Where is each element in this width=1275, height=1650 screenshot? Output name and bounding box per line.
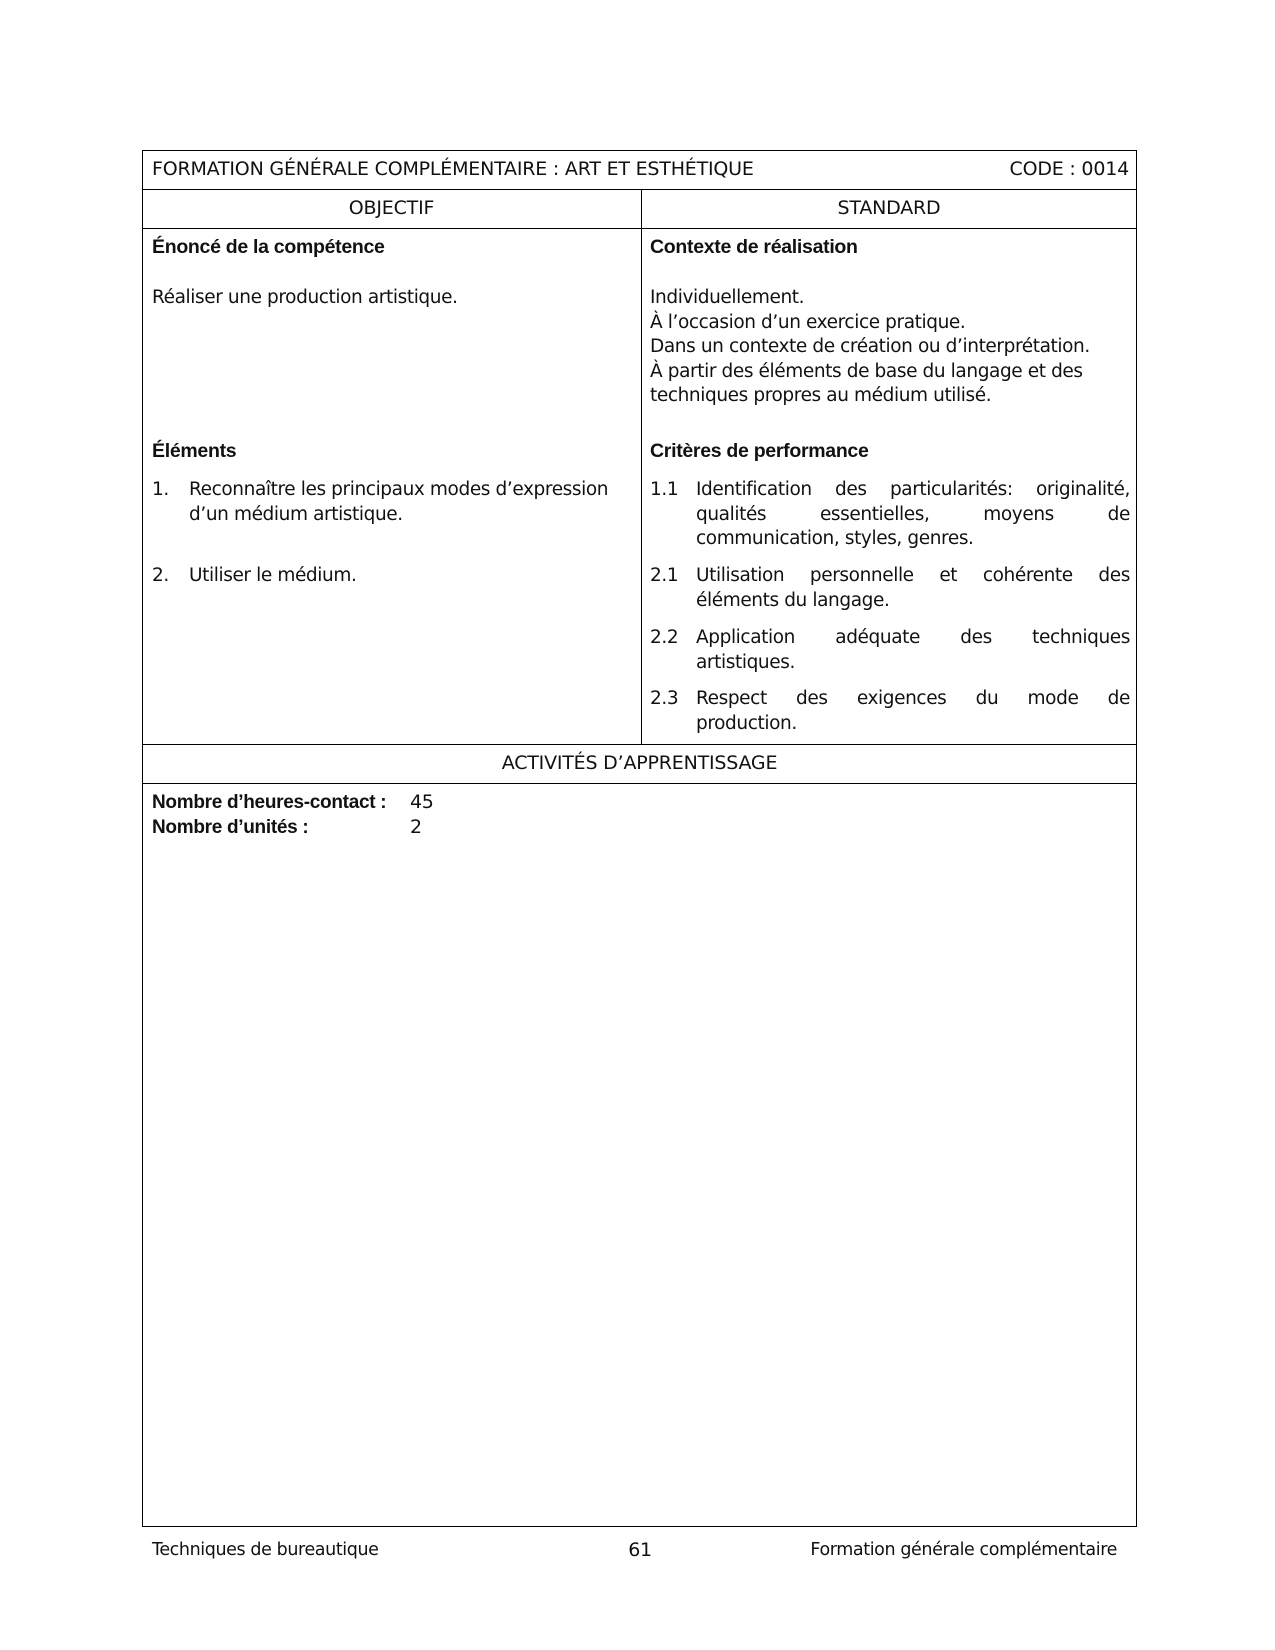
unites-value: 2: [410, 815, 422, 840]
critere-line: qualités essentielles, moyens de: [696, 503, 1130, 528]
rule-under-columns: [143, 228, 1136, 229]
rule-above-activities: [143, 744, 1136, 745]
footer-left: Techniques de bureautique: [152, 1538, 379, 1562]
column-header-objectif: OBJECTIF: [142, 196, 641, 221]
critere-item-2-2: 2.2 Application adéquate des techniques …: [650, 626, 1130, 676]
critere-item-2-1: 2.1 Utilisation personnelle et cohérente…: [650, 564, 1130, 614]
rule-under-activities: [143, 783, 1136, 784]
enonce-text: Réaliser une production artistique.: [152, 286, 458, 311]
critere-line: Identification des particularités: origi…: [696, 478, 1130, 503]
critere-line: production.: [696, 712, 1130, 737]
contexte-line: Individuellement.: [650, 286, 1090, 311]
elements-heading: Éléments: [152, 439, 236, 464]
critere-line: Respect des exigences du mode de: [696, 687, 1130, 712]
column-divider: [641, 189, 642, 744]
form-title: FORMATION GÉNÉRALE COMPLÉMENTAIRE : ART …: [152, 157, 754, 182]
critere-number: 2.1: [650, 564, 678, 589]
critere-number: 2.2: [650, 626, 678, 651]
contexte-heading: Contexte de réalisation: [650, 235, 858, 260]
element-item-2: 2. Utiliser le médium.: [152, 564, 636, 590]
page-number: 61: [610, 1538, 670, 1562]
element-item-1: 1. Reconnaître les principaux modes d’ex…: [152, 478, 636, 528]
code-label: CODE : 0014: [1010, 157, 1130, 182]
critere-line: éléments du langage.: [696, 589, 1130, 614]
criteres-heading: Critères de performance: [650, 439, 869, 464]
element-line: Reconnaître les principaux modes d’expre…: [189, 478, 636, 503]
activites-heading: ACTIVITÉS D’APPRENTISSAGE: [142, 751, 1137, 776]
contexte-line: À partir des éléments de base du langage…: [650, 360, 1090, 385]
contexte-list: Individuellement. À l’occasion d’un exer…: [650, 286, 1090, 409]
element-number: 1.: [152, 478, 169, 503]
heures-contact-label: Nombre d’heures-contact :: [152, 792, 386, 813]
critere-item-2-3: 2.3 Respect des exigences du mode de pro…: [650, 687, 1130, 737]
rule-under-title: [143, 189, 1136, 190]
critere-number: 1.1: [650, 478, 678, 503]
enonce-heading: Énoncé de la compétence: [152, 235, 385, 260]
column-header-standard: STANDARD: [641, 196, 1137, 221]
unites-label: Nombre d’unités :: [152, 817, 308, 838]
critere-number: 2.3: [650, 687, 678, 712]
critere-line: artistiques.: [696, 651, 1130, 676]
critere-line: Utilisation personnelle et cohérente des: [696, 564, 1130, 589]
contexte-line: À l’occasion d’un exercice pratique.: [650, 311, 1090, 336]
element-line: Utiliser le médium.: [189, 564, 636, 589]
critere-item-1-1: 1.1 Identification des particularités: o…: [650, 478, 1130, 553]
footer-right: Formation générale complémentaire: [810, 1538, 1117, 1562]
unites-row: Nombre d’unités : 2: [152, 815, 308, 840]
critere-line: communication, styles, genres.: [696, 527, 1130, 552]
element-number: 2.: [152, 564, 169, 589]
contexte-line: techniques propres au médium utilisé.: [650, 384, 1090, 409]
contexte-line: Dans un contexte de création ou d’interp…: [650, 335, 1090, 360]
critere-line: Application adéquate des techniques: [696, 626, 1130, 651]
element-line: d’un médium artistique.: [189, 503, 636, 528]
heures-contact-row: Nombre d’heures-contact : 45: [152, 790, 386, 815]
heures-contact-value: 45: [410, 790, 434, 815]
